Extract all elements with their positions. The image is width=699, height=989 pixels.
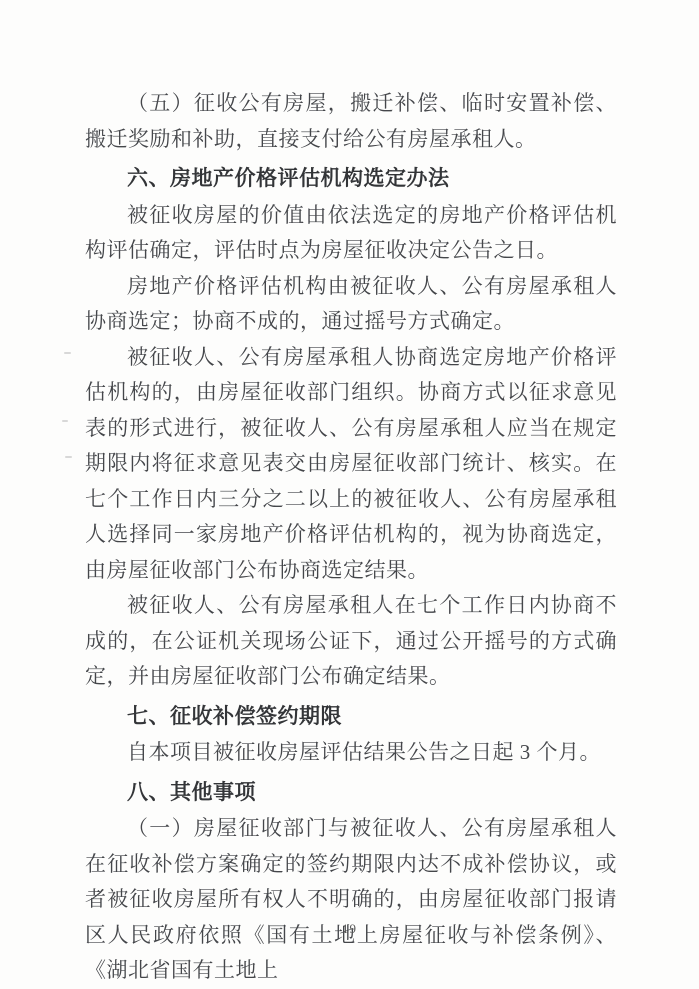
paragraph-item-5-public-housing: （五）征收公有房屋，搬迁补偿、临时安置补偿、搬迁奖励和补助，直接支付给公有房屋承… — [85, 86, 617, 157]
document-body: （五）征收公有房屋，搬迁补偿、临时安置补偿、搬迁奖励和补助，直接支付给公有房屋承… — [85, 86, 617, 989]
scan-artifact — [62, 420, 68, 422]
heading-section-8-other-matters: 八、其他事项 — [85, 775, 617, 811]
paragraph-agency-negotiation: 房地产价格评估机构由被征收人、公有房屋承租人协商选定；协商不成的，通过摇号方式确… — [85, 269, 617, 340]
paragraph-lottery-fallback: 被征收人、公有房屋承租人在七个工作日内协商不成的，在公证机关现场公证下，通过公开… — [85, 588, 617, 695]
heading-section-6-appraisal-agency-selection: 六、房地产价格评估机构选定办法 — [85, 161, 617, 197]
page-number: 19 — [0, 921, 699, 937]
heading-section-7-signing-deadline: 七、征收补偿签约期限 — [85, 699, 617, 735]
document-page: （五）征收公有房屋，搬迁补偿、临时安置补偿、搬迁奖励和补助，直接支付给公有房屋承… — [0, 0, 699, 989]
scan-artifact — [65, 456, 72, 458]
paragraph-signing-deadline: 自本项目被征收房屋评估结果公告之日起 3 个月。 — [85, 735, 617, 771]
paragraph-item-1-no-agreement: （一）房屋征收部门与被征收人、公有房屋承租人在征收补偿方案确定的签约期限内达不成… — [85, 811, 617, 989]
paragraph-negotiation-procedure: 被征收人、公有房屋承租人协商选定房地产价格评估机构的，由房屋征收部门组织。协商方… — [85, 340, 617, 589]
scan-artifact — [64, 352, 71, 354]
paragraph-appraisal-value: 被征收房屋的价值由依法选定的房地产价格评估机构评估确定，评估时点为房屋征收决定公… — [85, 198, 617, 269]
